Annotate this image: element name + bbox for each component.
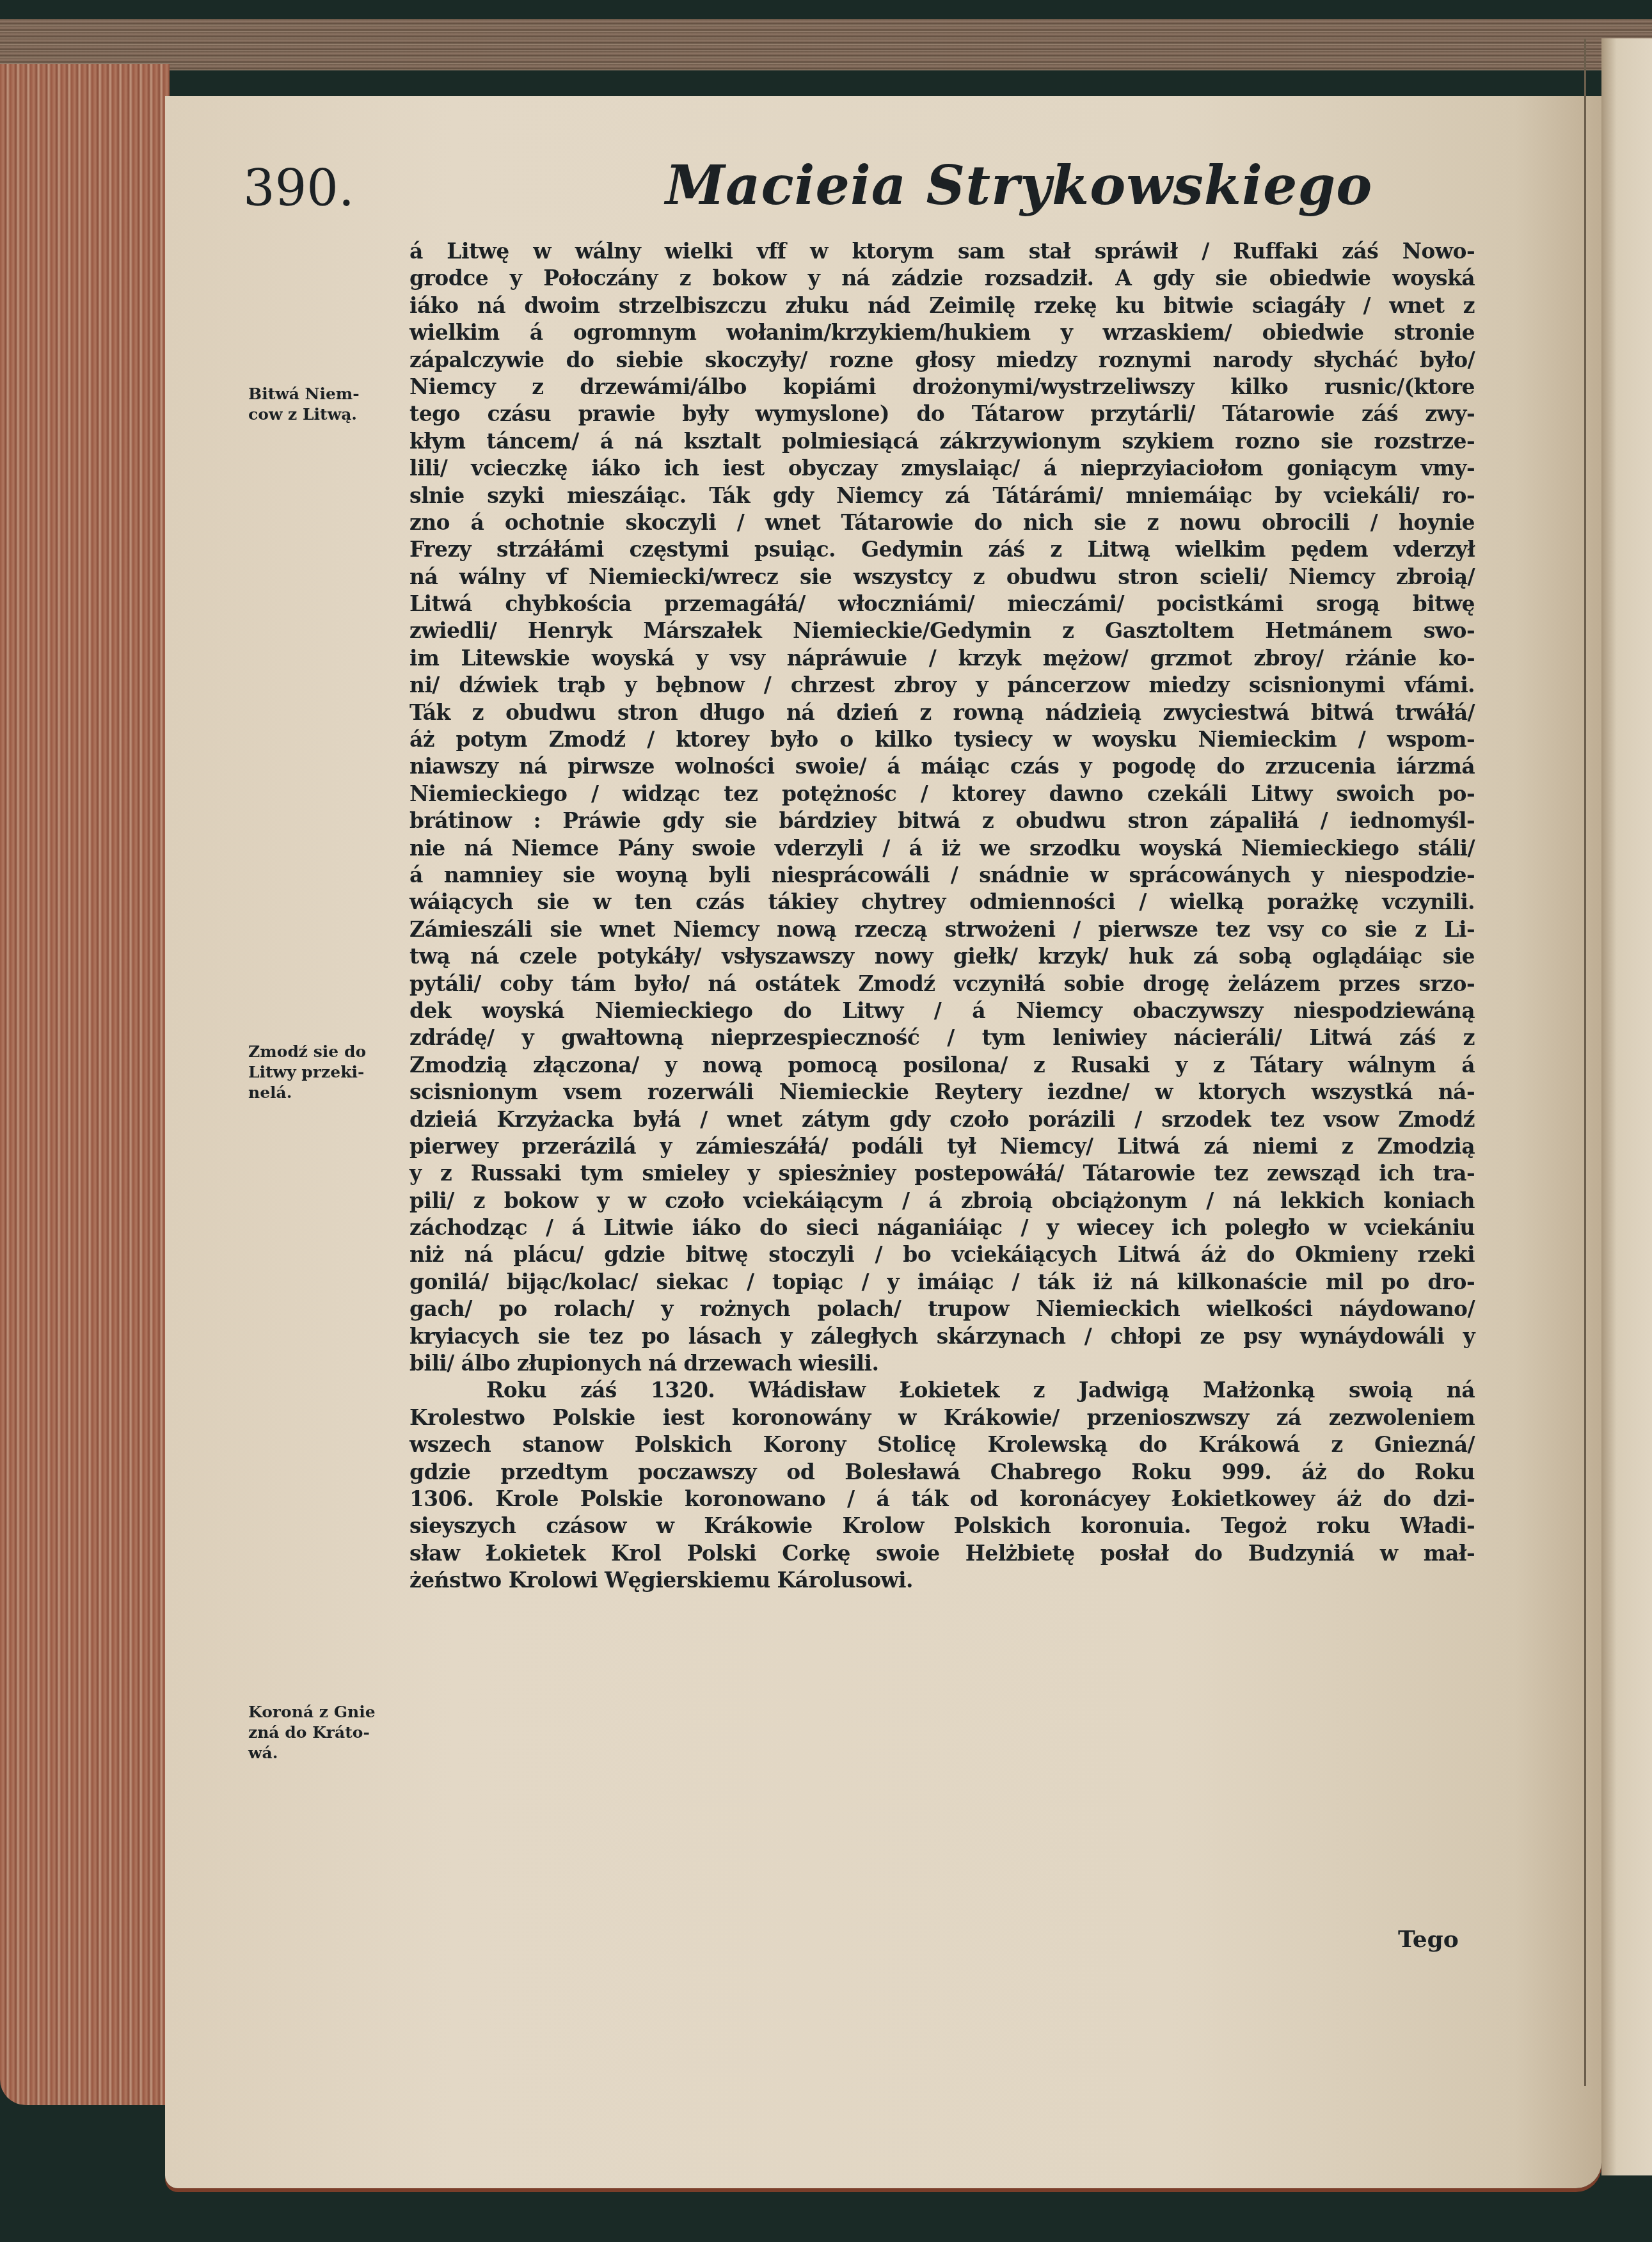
margin-note-line: wá. xyxy=(248,1743,408,1763)
margin-note-line: cow z Litwą. xyxy=(248,404,408,425)
text-line: Niemieckiego / widząc tez potężnośc / kt… xyxy=(409,781,1475,807)
text-line: slnie szyki mieszáiąc. Ták gdy Niemcy zá… xyxy=(409,482,1475,509)
book-fore-edge xyxy=(0,64,170,2105)
margin-note-line: Zmodź sie do xyxy=(248,1042,408,1062)
facing-page-edge xyxy=(1601,38,1652,2175)
text-line: á Litwę w wálny wielki vff w ktorym sam … xyxy=(409,238,1475,265)
text-line: brátinow : Práwie gdy sie bárdziey bitwá… xyxy=(409,807,1475,834)
text-line: bili/ álbo złupionych ná drzewach wiesil… xyxy=(409,1350,1475,1377)
text-line: iáko ná dwoim strzelbiszczu złuku nád Ze… xyxy=(409,292,1475,319)
text-line: tego czásu prawie były wymyslone) do Tát… xyxy=(409,401,1475,427)
text-line: niż ná plácu/ gdzie bitwę stoczyli / bo … xyxy=(409,1241,1475,1268)
text-line: Litwá chybkościa przemagáłá/ włoczniámi/… xyxy=(409,591,1475,617)
text-line: sław Łokietek Krol Polski Corkę swoie He… xyxy=(409,1540,1475,1567)
text-line: dzieiá Krzyżacka byłá / wnet zátym gdy c… xyxy=(409,1106,1475,1133)
text-line: niawszy ná pirwsze wolności swoie/ á mái… xyxy=(409,753,1475,780)
text-line: wielkim á ogromnym wołanim/krzykiem/huki… xyxy=(409,319,1475,346)
text-line: záchodząc / á Litwie iáko do sieci nágan… xyxy=(409,1214,1475,1241)
catchword: Tego xyxy=(1398,1926,1459,1953)
text-line: Ták z obudwu stron długo ná dzień z rown… xyxy=(409,699,1475,726)
text-line: scisnionym vsem rozerwáli Niemieckie Rey… xyxy=(409,1079,1475,1106)
text-line: zápalczywie do siebie skoczyły/ rozne gł… xyxy=(409,347,1475,374)
text-line: gach/ po rolach/ y rożnych polach/ trupo… xyxy=(409,1296,1475,1323)
text-line: Zámieszáli sie wnet Niemcy nową rzeczą s… xyxy=(409,916,1475,943)
text-line: pierwey przerázilá y zámieszáłá/ podáli … xyxy=(409,1133,1475,1160)
page-header: 390. Macieia Strykowskiego xyxy=(243,154,1459,224)
text-line: im Litewskie woyská y vsy nápráwuie / kr… xyxy=(409,645,1475,672)
margin-note-line: zná do Kráto- xyxy=(248,1722,408,1743)
text-line: gdzie przedtym poczawszy od Bolesławá Ch… xyxy=(409,1459,1475,1486)
margin-note-battle: Bitwá Niem- cow z Litwą. xyxy=(248,384,408,425)
margin-note-line: Koroná z Gnie xyxy=(248,1702,408,1722)
running-title: Macieia Strykowskiego xyxy=(665,154,1372,217)
text-line: zdrádę/ y gwałtowną nieprzespieczność / … xyxy=(409,1024,1475,1051)
text-line: 1306. Krole Polskie koronowano / á ták o… xyxy=(409,1486,1475,1513)
text-line: á namniey sie woyną byli niesprácowáli /… xyxy=(409,862,1475,889)
text-line: wszech stanow Polskich Korony Stolicę Kr… xyxy=(409,1431,1475,1458)
margin-note-line: Litwy przeki- xyxy=(248,1062,408,1083)
text-line: Frezy strzáłámi częstymi psuiąc. Gedymin… xyxy=(409,536,1475,563)
text-line: wáiących sie w ten czás tákiey chytrey o… xyxy=(409,889,1475,916)
text-line: grodce y Połoczány z bokow y ná zádzie r… xyxy=(409,265,1475,292)
text-line: dek woyská Niemieckiego do Litwy / á Nie… xyxy=(409,998,1475,1024)
book-top-edge xyxy=(0,19,1652,70)
text-line: pytáli/ coby tám było/ ná ostátek Zmodź … xyxy=(409,971,1475,998)
text-line: twą ná czele potykáły/ vsłyszawszy nowy … xyxy=(409,943,1475,970)
margin-note-crown: Koroná z Gnie zná do Kráto- wá. xyxy=(248,1702,408,1763)
text-line: gonilá/ bijąc/kolac/ siekac / topiąc / y… xyxy=(409,1269,1475,1296)
text-line: kryiacych sie tez po lásach y záległych … xyxy=(409,1323,1475,1350)
text-line: Niemcy z drzewámi/álbo kopiámi drożonymi… xyxy=(409,374,1475,401)
text-line: ná wálny vf Niemiecki/wrecz sie wszystcy… xyxy=(409,564,1475,591)
margin-note-line: Bitwá Niem- xyxy=(248,384,408,404)
gutter-fold xyxy=(1584,38,1586,2086)
body-text: á Litwę w wálny wielki vff w ktorym sam … xyxy=(409,238,1475,1594)
text-line: pili/ z bokow y w czoło vciekáiącym / á … xyxy=(409,1188,1475,1214)
margin-note-line: nelá. xyxy=(248,1083,408,1103)
text-line: y z Russaki tym smieley y spiesżniey pos… xyxy=(409,1160,1475,1187)
text-line: Krolestwo Polskie iest koronowány w Krák… xyxy=(409,1404,1475,1431)
text-line: lili/ vcieczkę iáko ich iest obyczay zmy… xyxy=(409,455,1475,482)
text-line: nie ná Niemce Pány swoie vderzyli / á iż… xyxy=(409,835,1475,862)
text-line: sieyszych czásow w Krákowie Krolow Polsk… xyxy=(409,1513,1475,1539)
text-line: żeństwo Krolowi Węgierskiemu Károlusowi. xyxy=(409,1567,1475,1594)
margin-note-zmodz: Zmodź sie do Litwy przeki- nelá. xyxy=(248,1042,408,1103)
text-line: zno á ochotnie skoczyli / wnet Tátarowie… xyxy=(409,509,1475,536)
text-line: áż potym Zmodź / ktorey było o kilko tys… xyxy=(409,726,1475,753)
text-line: ni/ dźwiek trąb y bębnow / chrzest zbroy… xyxy=(409,672,1475,699)
page-number: 390. xyxy=(243,160,354,218)
text-line: zwiedli/ Henryk Márszałek Niemieckie/Ged… xyxy=(409,617,1475,644)
text-line: kłym táncem/ á ná ksztalt polmiesiącá zá… xyxy=(409,428,1475,455)
text-line: Roku záś 1320. Włádisław Łokietek z Jadw… xyxy=(409,1377,1475,1404)
text-line: Zmodzią złączona/ y nową pomocą posilona… xyxy=(409,1052,1475,1079)
